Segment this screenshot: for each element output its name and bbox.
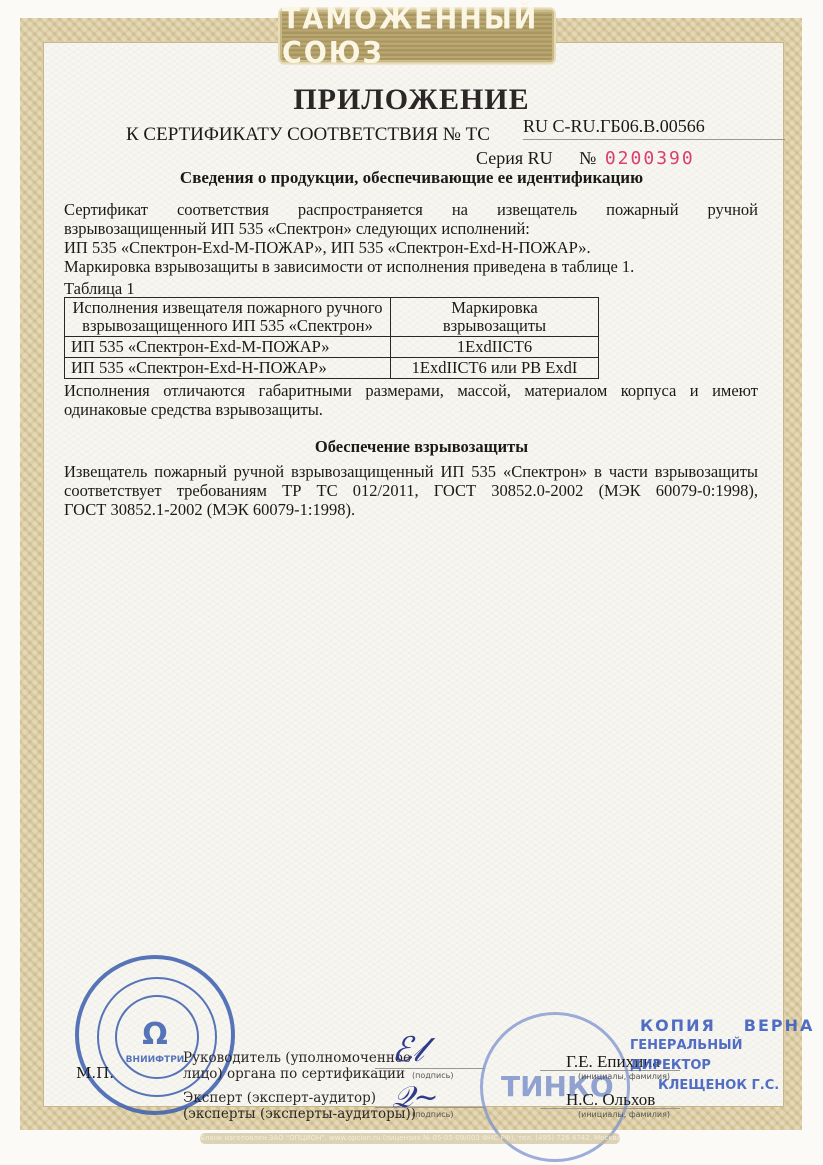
table-row: ИП 535 «Спектрон-Exd-Н-ПОЖАР» 1ExdIICT6 … xyxy=(65,358,599,379)
initials-caption: (инициалы, фамилия) xyxy=(578,1110,670,1119)
certificate-number: RU C-RU.ГБ06.В.00566 xyxy=(523,116,785,140)
series-label: Серия xyxy=(476,148,523,168)
document-title: ПРИЛОЖЕНИЕ xyxy=(0,83,823,117)
paragraph-line: Извещатель пожарный ручной взрывозащищен… xyxy=(64,462,758,481)
table-cell: ИП 535 «Спектрон-Exd-Н-ПОЖАР» xyxy=(65,358,391,379)
paragraph-line: Исполнения отличаются габаритными размер… xyxy=(64,381,758,400)
head-label: Руководитель (уполномоченное лицо) орган… xyxy=(183,1050,411,1082)
marking-table: Исполнения извещателя пожарного ручного … xyxy=(64,297,599,379)
true-copy-stamp: КОПИЯВЕРНА ГЕНЕРАЛЬНЫЙ ДИРЕКТОР КЛЕЩЕНОК… xyxy=(640,1016,823,1096)
signature-caption: (подпись) xyxy=(412,1071,453,1080)
table-cell: ИП 535 «Спектрон-Exd-М-ПОЖАР» xyxy=(65,337,391,358)
seal-place-label: М.П. xyxy=(76,1064,114,1082)
customs-union-banner: ТАМОЖЕННЫЙ СОЮЗ xyxy=(280,10,554,63)
expert-signature: 𝒬~ xyxy=(392,1080,439,1115)
table-caption: Таблица 1 xyxy=(64,279,135,299)
paragraph-line: ГОСТ 30852.1-2002 (МЭК 60079-1:1998). xyxy=(64,500,758,519)
paragraph-line: Маркировка взрывозащиты в зависимости от… xyxy=(64,257,758,276)
series-line: Серия RU № 0200390 xyxy=(476,148,695,169)
paragraph-line: одинаковые средства взрывозащиты. xyxy=(64,400,758,419)
paragraph-line: Сертификат соответствия распространяется… xyxy=(64,200,758,219)
section-heading-explosion-protection: Обеспечение взрывозащиты xyxy=(0,437,823,457)
table-header-row: Исполнения извещателя пожарного ручного … xyxy=(65,298,599,337)
table-cell: 1ExdIICT6 xyxy=(391,337,599,358)
table-cell: 1ExdIICT6 или PB ExdI xyxy=(391,358,599,379)
blank-imprint: Бланк изготовлен ЗАО "ОПЦИОН", www.opcio… xyxy=(200,1133,620,1144)
paragraph-line: соответствует требованиям ТР ТС 012/2011… xyxy=(64,481,758,500)
omega-logo-icon: Ω xyxy=(79,1017,231,1052)
paragraph-line: взрывозащищенный ИП 535 «Спектрон» следу… xyxy=(64,219,758,238)
table-header-cell: Исполнения извещателя пожарного ручного … xyxy=(65,298,391,337)
certificate-label: К СЕРТИФИКАТУ СООТВЕТСТВИЯ № ТС xyxy=(126,124,490,146)
head-signature: ℰ𝓁 xyxy=(392,1030,424,1070)
paragraph-line: ИП 535 «Спектрон-Exd-М-ПОЖАР», ИП 535 «С… xyxy=(64,238,758,257)
expert-label: Эксперт (эксперт-аудитор) (эксперты (экс… xyxy=(183,1090,416,1122)
table-header-cell: Маркировка взрывозащиты xyxy=(391,298,599,337)
name-line-expert xyxy=(540,1108,680,1109)
table-row: ИП 535 «Спектрон-Exd-М-ПОЖАР» 1ExdIICT6 xyxy=(65,337,599,358)
number-label: № xyxy=(579,148,596,168)
series-value: RU xyxy=(528,148,553,168)
blank-number: 0200390 xyxy=(605,148,695,169)
section-heading-identification: Сведения о продукции, обеспечивающие ее … xyxy=(0,168,823,188)
